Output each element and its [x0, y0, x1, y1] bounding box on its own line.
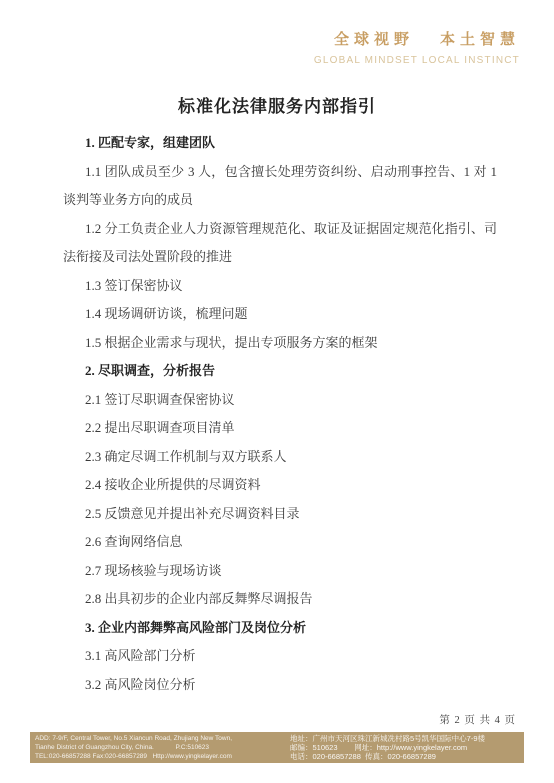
footer-address-en-line: TEL:020-66857288 Fax:020-66857289 Http:/…: [35, 752, 290, 761]
paragraph: 2.6 查询网络信息: [63, 528, 497, 557]
footer-address-cn-line: 电话：020-66857288 传真：020-66857289: [290, 752, 520, 761]
paragraph: 1.2 分工负责企业人力资源管理规范化、取证及证据固定规范化指引、司法衔接及司法…: [63, 215, 497, 272]
footer-bar: ADD: 7-9/F, Central Tower, No.5 Xiancun …: [30, 732, 524, 763]
brand-slogan-cn: 全球视野本土智慧: [314, 28, 520, 49]
paragraph: 3.2 高风险岗位分析: [63, 671, 497, 700]
footer-address-en: ADD: 7-9/F, Central Tower, No.5 Xiancun …: [35, 734, 290, 761]
section-heading: 1. 匹配专家，组建团队: [63, 129, 497, 158]
page-title: 标准化法律服务内部指引: [0, 92, 554, 117]
document-page: 全球视野本土智慧 GLOBAL MINDSET LOCAL INSTINCT 标…: [0, 0, 554, 783]
footer-address-cn-line: 邮编：510623 网址：http://www.yingkelayer.com: [290, 743, 520, 752]
letterhead: 全球视野本土智慧 GLOBAL MINDSET LOCAL INSTINCT: [314, 28, 520, 66]
brand-slogan-cn-right: 本土智慧: [440, 31, 520, 48]
paragraph: 2.7 现场核验与现场访谈: [63, 557, 497, 586]
footer-address-en-line: Tianhe District of Guangzhou City, China…: [35, 743, 290, 752]
paragraph: 2.4 接收企业所提供的尽调资料: [63, 471, 497, 500]
footer-address-en-line: ADD: 7-9/F, Central Tower, No.5 Xiancun …: [35, 734, 290, 743]
section-heading: 3. 企业内部舞弊高风险部门及岗位分析: [63, 614, 497, 643]
brand-slogan-en: GLOBAL MINDSET LOCAL INSTINCT: [314, 55, 520, 66]
paragraph: 2.1 签订尽职调查保密协议: [63, 386, 497, 415]
footer-address-cn: 地址：广州市天河区珠江新城冼村路5号凯华国际中心7-9楼邮编：510623 网址…: [290, 734, 520, 761]
paragraph: 3.1 高风险部门分析: [63, 642, 497, 671]
paragraph: 1.3 签订保密协议: [63, 272, 497, 301]
section-heading: 2. 尽职调查，分析报告: [63, 357, 497, 386]
footer-address-cn-line: 地址：广州市天河区珠江新城冼村路5号凯华国际中心7-9楼: [290, 734, 520, 743]
brand-slogan-cn-left: 全球视野: [334, 31, 414, 48]
document-body: 1. 匹配专家，组建团队1.1 团队成员至少 3 人，包含擅长处理劳资纠纷、启动…: [63, 129, 497, 699]
paragraph: 1.5 根据企业需求与现状，提出专项服务方案的框架: [63, 329, 497, 358]
page-number: 第 2 页 共 4 页: [439, 712, 516, 727]
paragraph: 1.4 现场调研访谈，梳理问题: [63, 300, 497, 329]
paragraph: 2.5 反馈意见并提出补充尽调资料目录: [63, 500, 497, 529]
paragraph: 2.2 提出尽职调查项目清单: [63, 414, 497, 443]
paragraph: 1.1 团队成员至少 3 人，包含擅长处理劳资纠纷、启动刑事控告、1 对 1 谈…: [63, 158, 497, 215]
paragraph: 2.8 出具初步的企业内部反舞弊尽调报告: [63, 585, 497, 614]
paragraph: 2.3 确定尽调工作机制与双方联系人: [63, 443, 497, 472]
